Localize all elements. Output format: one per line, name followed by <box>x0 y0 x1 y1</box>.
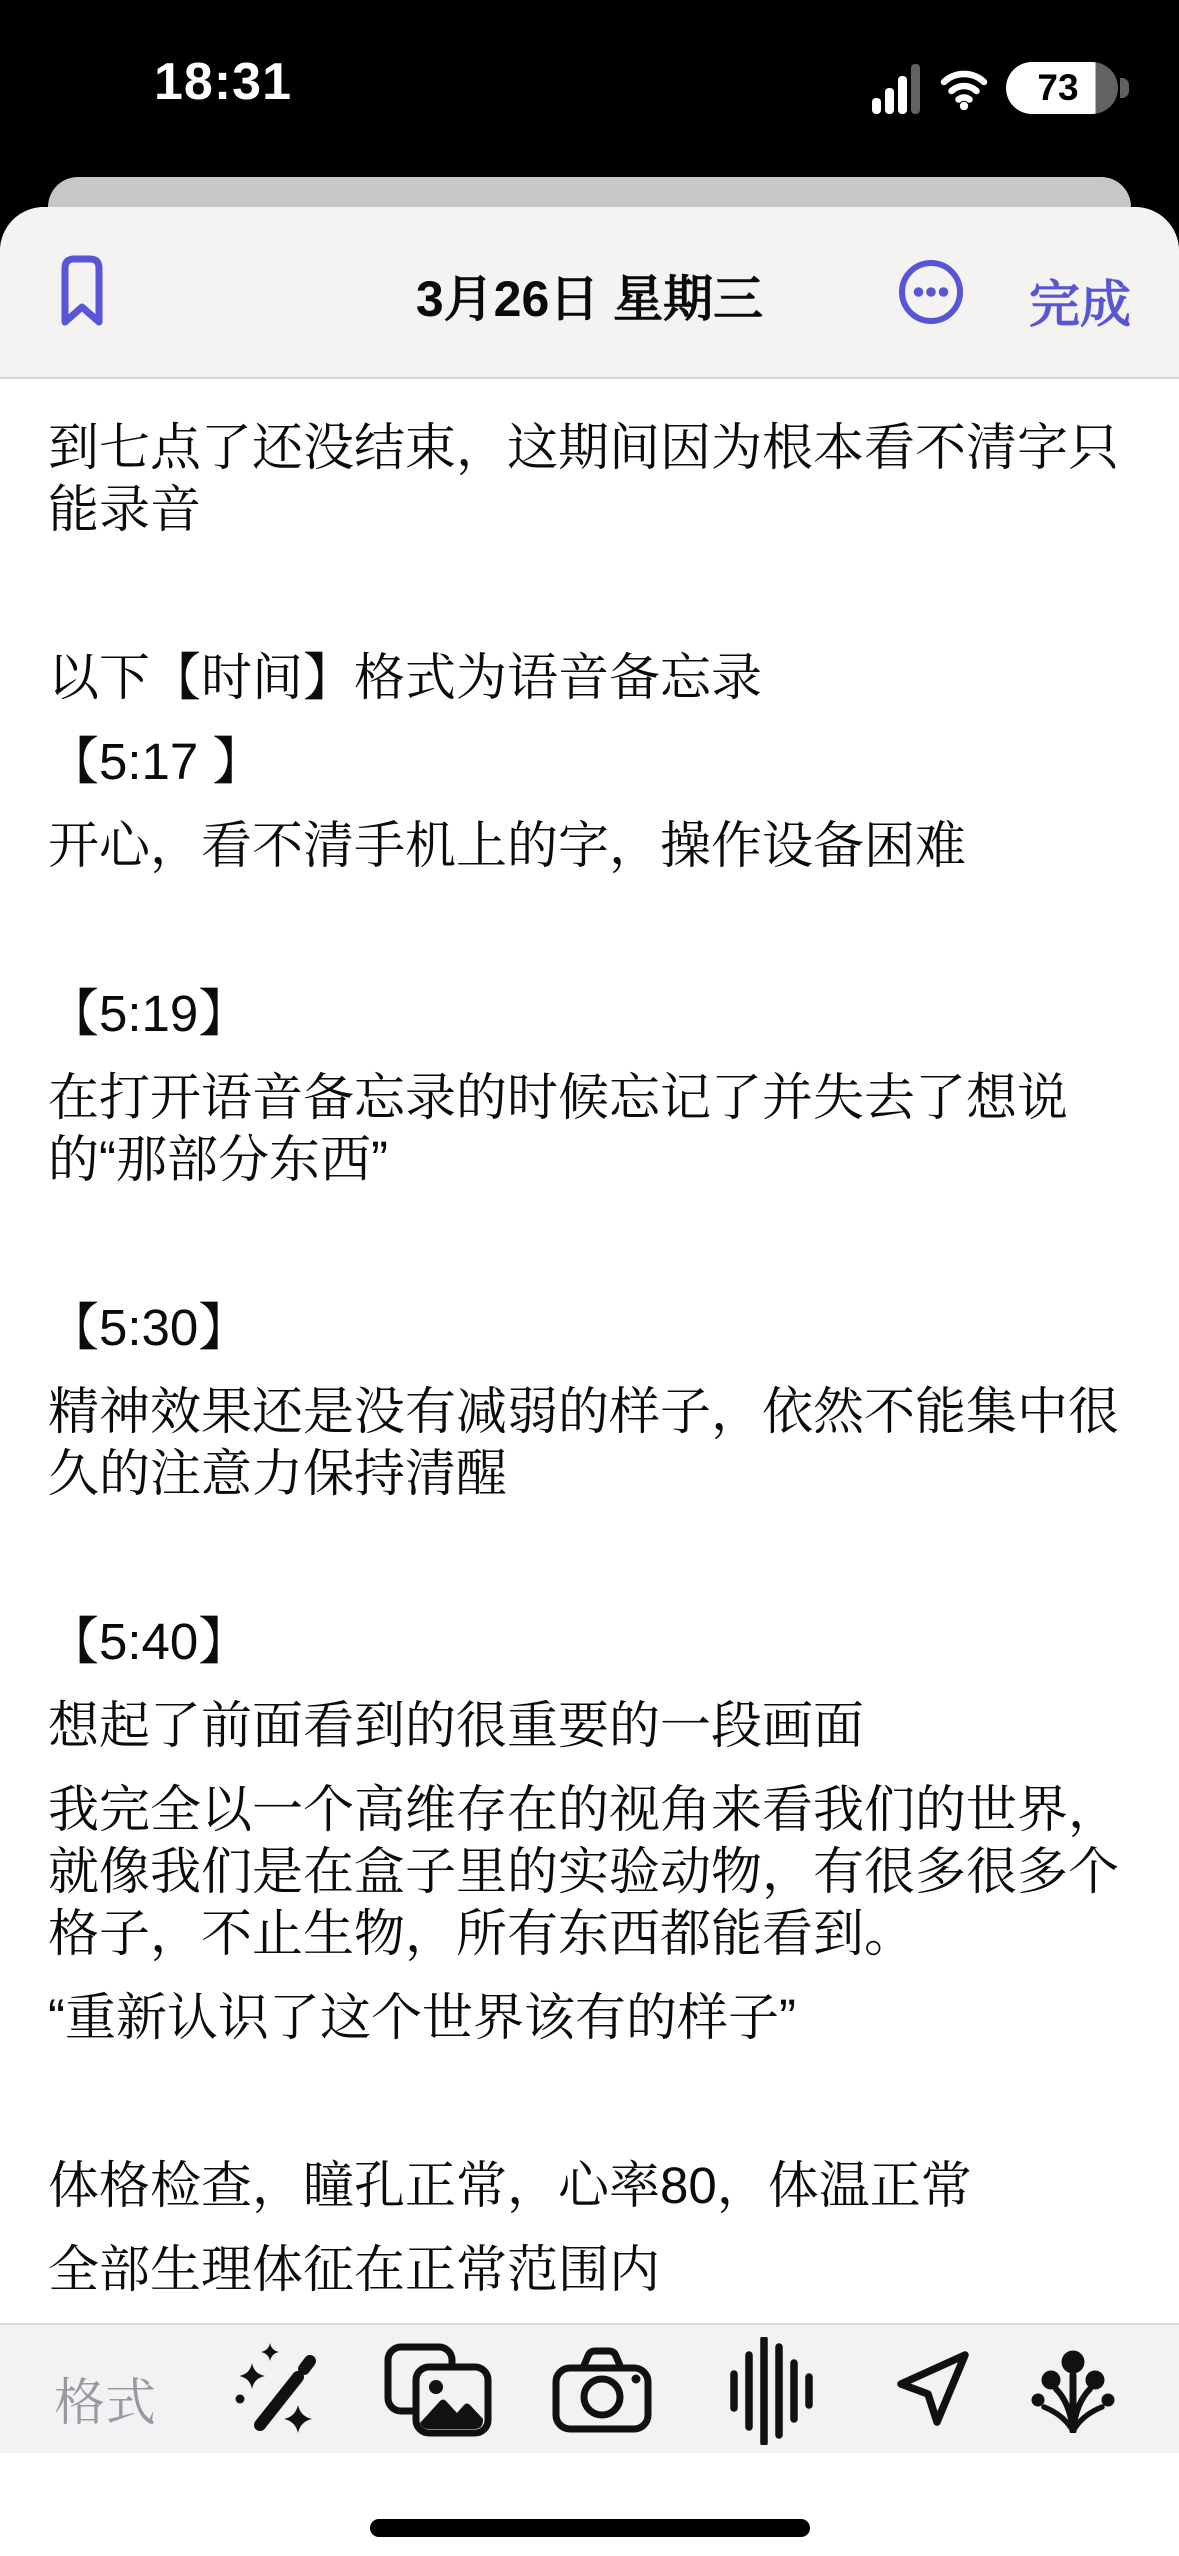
format-button[interactable]: 格式 <box>54 2361 156 2435</box>
note-paragraph: 【5:40】 <box>48 1611 1127 1673</box>
note-editor-sheet: 3月26日 星期三 完成 到七点了还没结束，这期间因为根本看不清字只能录音以下【… <box>0 207 1179 2556</box>
nav-bar: 3月26日 星期三 完成 <box>0 207 1179 379</box>
clock-label: 18:31 <box>118 52 328 112</box>
location-button[interactable] <box>889 2345 977 2438</box>
note-paragraph: 到七点了还没结束，这期间因为根本看不清字只能录音 <box>48 417 1127 541</box>
writing-tools-button[interactable] <box>228 2339 324 2444</box>
note-paragraph: 在打开语音备忘录的时候忘记了并失去了想说的“那部分东西” <box>48 1067 1127 1191</box>
note-paragraph <box>48 1527 1127 1589</box>
note-paragraph: 体格检查，瞳孔正常，心率80，体温正常 <box>48 2155 1127 2217</box>
camera-icon <box>552 2347 652 2433</box>
more-options-button[interactable] <box>897 258 965 326</box>
status-icons: 73 <box>872 62 1129 114</box>
format-toolbar: 格式 <box>0 2323 1179 2453</box>
note-text-editor[interactable]: 到七点了还没结束，这期间因为根本看不清字只能录音以下【时间】格式为语音备忘录【5… <box>0 379 1179 2323</box>
done-button[interactable]: 完成 <box>1029 263 1131 337</box>
sparkle-pencil-icon <box>228 2339 324 2439</box>
home-indicator[interactable] <box>370 2519 810 2537</box>
note-title: 3月26日 星期三 <box>160 259 1019 331</box>
waveform-icon <box>726 2337 818 2445</box>
note-paragraph: 精神效果还是没有减弱的样子，依然不能集中很久的注意力保持清醒 <box>48 1381 1127 1505</box>
battery-icon: 73 <box>1006 62 1129 114</box>
battery-percent-label: 73 <box>1037 67 1078 109</box>
note-paragraph <box>48 1213 1127 1275</box>
audio-record-button[interactable] <box>726 2337 818 2450</box>
location-arrow-icon <box>889 2345 977 2433</box>
note-paragraph: “重新认识了这个世界该有的样子” <box>48 1987 1127 2049</box>
status-bar: 18:31 73 <box>0 0 1179 176</box>
note-paragraph: 我完全以一个高维存在的视角来看我们的世界，就像我们是在盒子里的实验动物，有很多很… <box>48 1779 1127 1965</box>
note-paragraph: 想起了前面看到的很重要的一段画面 <box>48 1695 1127 1757</box>
camera-button[interactable] <box>552 2347 652 2438</box>
note-paragraph <box>48 899 1127 961</box>
photos-icon <box>382 2341 494 2439</box>
photos-button[interactable] <box>382 2341 494 2444</box>
battery-tip <box>1120 78 1129 98</box>
cellular-signal-icon <box>872 62 922 114</box>
note-paragraph: 开心，看不清手机上的字，操作设备困难 <box>48 815 1127 877</box>
note-paragraph: 【5:19】 <box>48 983 1127 1045</box>
wifi-icon <box>940 66 988 110</box>
note-paragraph: 【5:30】 <box>48 1297 1127 1359</box>
ellipsis-circle-icon <box>897 258 965 326</box>
bookmark-button[interactable] <box>56 251 108 331</box>
journaling-suggestions-button[interactable] <box>1030 2345 1116 2438</box>
suggestions-sprig-icon <box>1030 2345 1116 2433</box>
note-paragraph: 以下【时间】格式为语音备忘录 <box>48 647 1127 709</box>
note-paragraph <box>48 2071 1127 2133</box>
bookmark-icon <box>56 251 108 331</box>
note-paragraph: 【5:17 】 <box>48 731 1127 793</box>
note-paragraph: 全部生理体征在正常范围内 <box>48 2239 1127 2301</box>
note-paragraph <box>48 563 1127 625</box>
